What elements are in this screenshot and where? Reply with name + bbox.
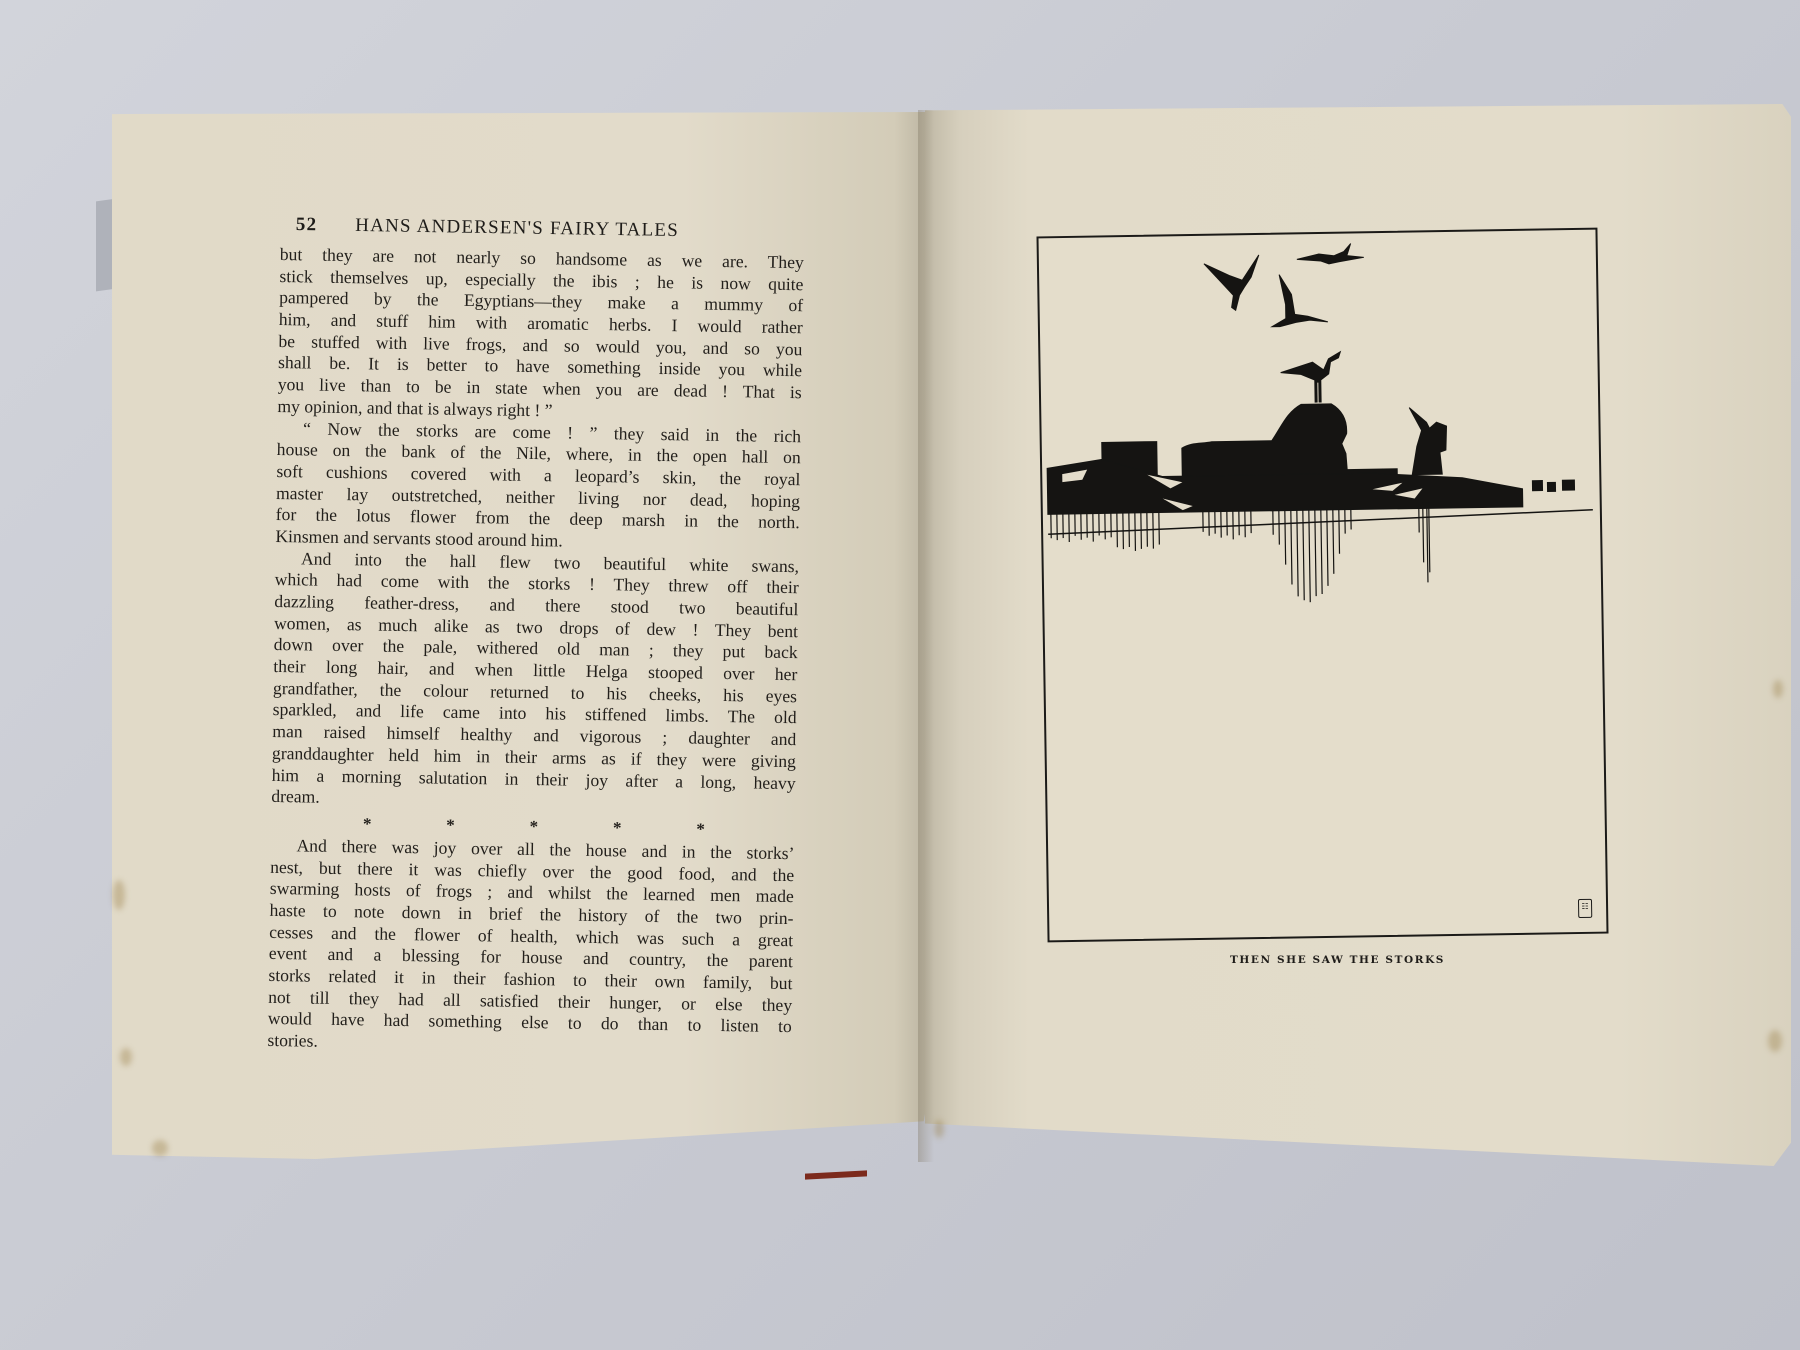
storks-sphinx-icon: [1039, 230, 1607, 941]
page-number: 52: [296, 214, 318, 236]
asterisk-ornament: *: [446, 811, 455, 838]
photo-scene: 52 HANS ANDERSEN'S FAIRY TALES but they …: [0, 0, 1800, 1350]
body-text: but they are not nearly so handsome as w…: [267, 244, 804, 1060]
artist-monogram: ☷: [1578, 899, 1592, 918]
foxing-stain: [1773, 680, 1783, 698]
asterisk-ornament: *: [363, 809, 372, 836]
foxing-stain: [152, 1140, 168, 1156]
book-gutter: [918, 110, 934, 1162]
illustration-caption: THEN SHE SAW THE STORKS: [1230, 954, 1445, 966]
foxing-stain: [934, 1120, 944, 1138]
asterisk-ornament: *: [613, 813, 622, 840]
illustration-plate: ☷: [1036, 228, 1608, 943]
foxing-stain: [1768, 1030, 1782, 1052]
asterisk-ornament: *: [696, 814, 705, 841]
paragraphs-before-break: but they are not nearly so handsome as w…: [271, 244, 804, 816]
cover-edge: [805, 1170, 867, 1179]
asterisk-ornament: *: [529, 812, 538, 839]
foxing-stain: [120, 1048, 132, 1066]
paragraphs-after-break: And there was joy over all the house and…: [267, 835, 794, 1060]
foxing-stain: [113, 880, 125, 910]
